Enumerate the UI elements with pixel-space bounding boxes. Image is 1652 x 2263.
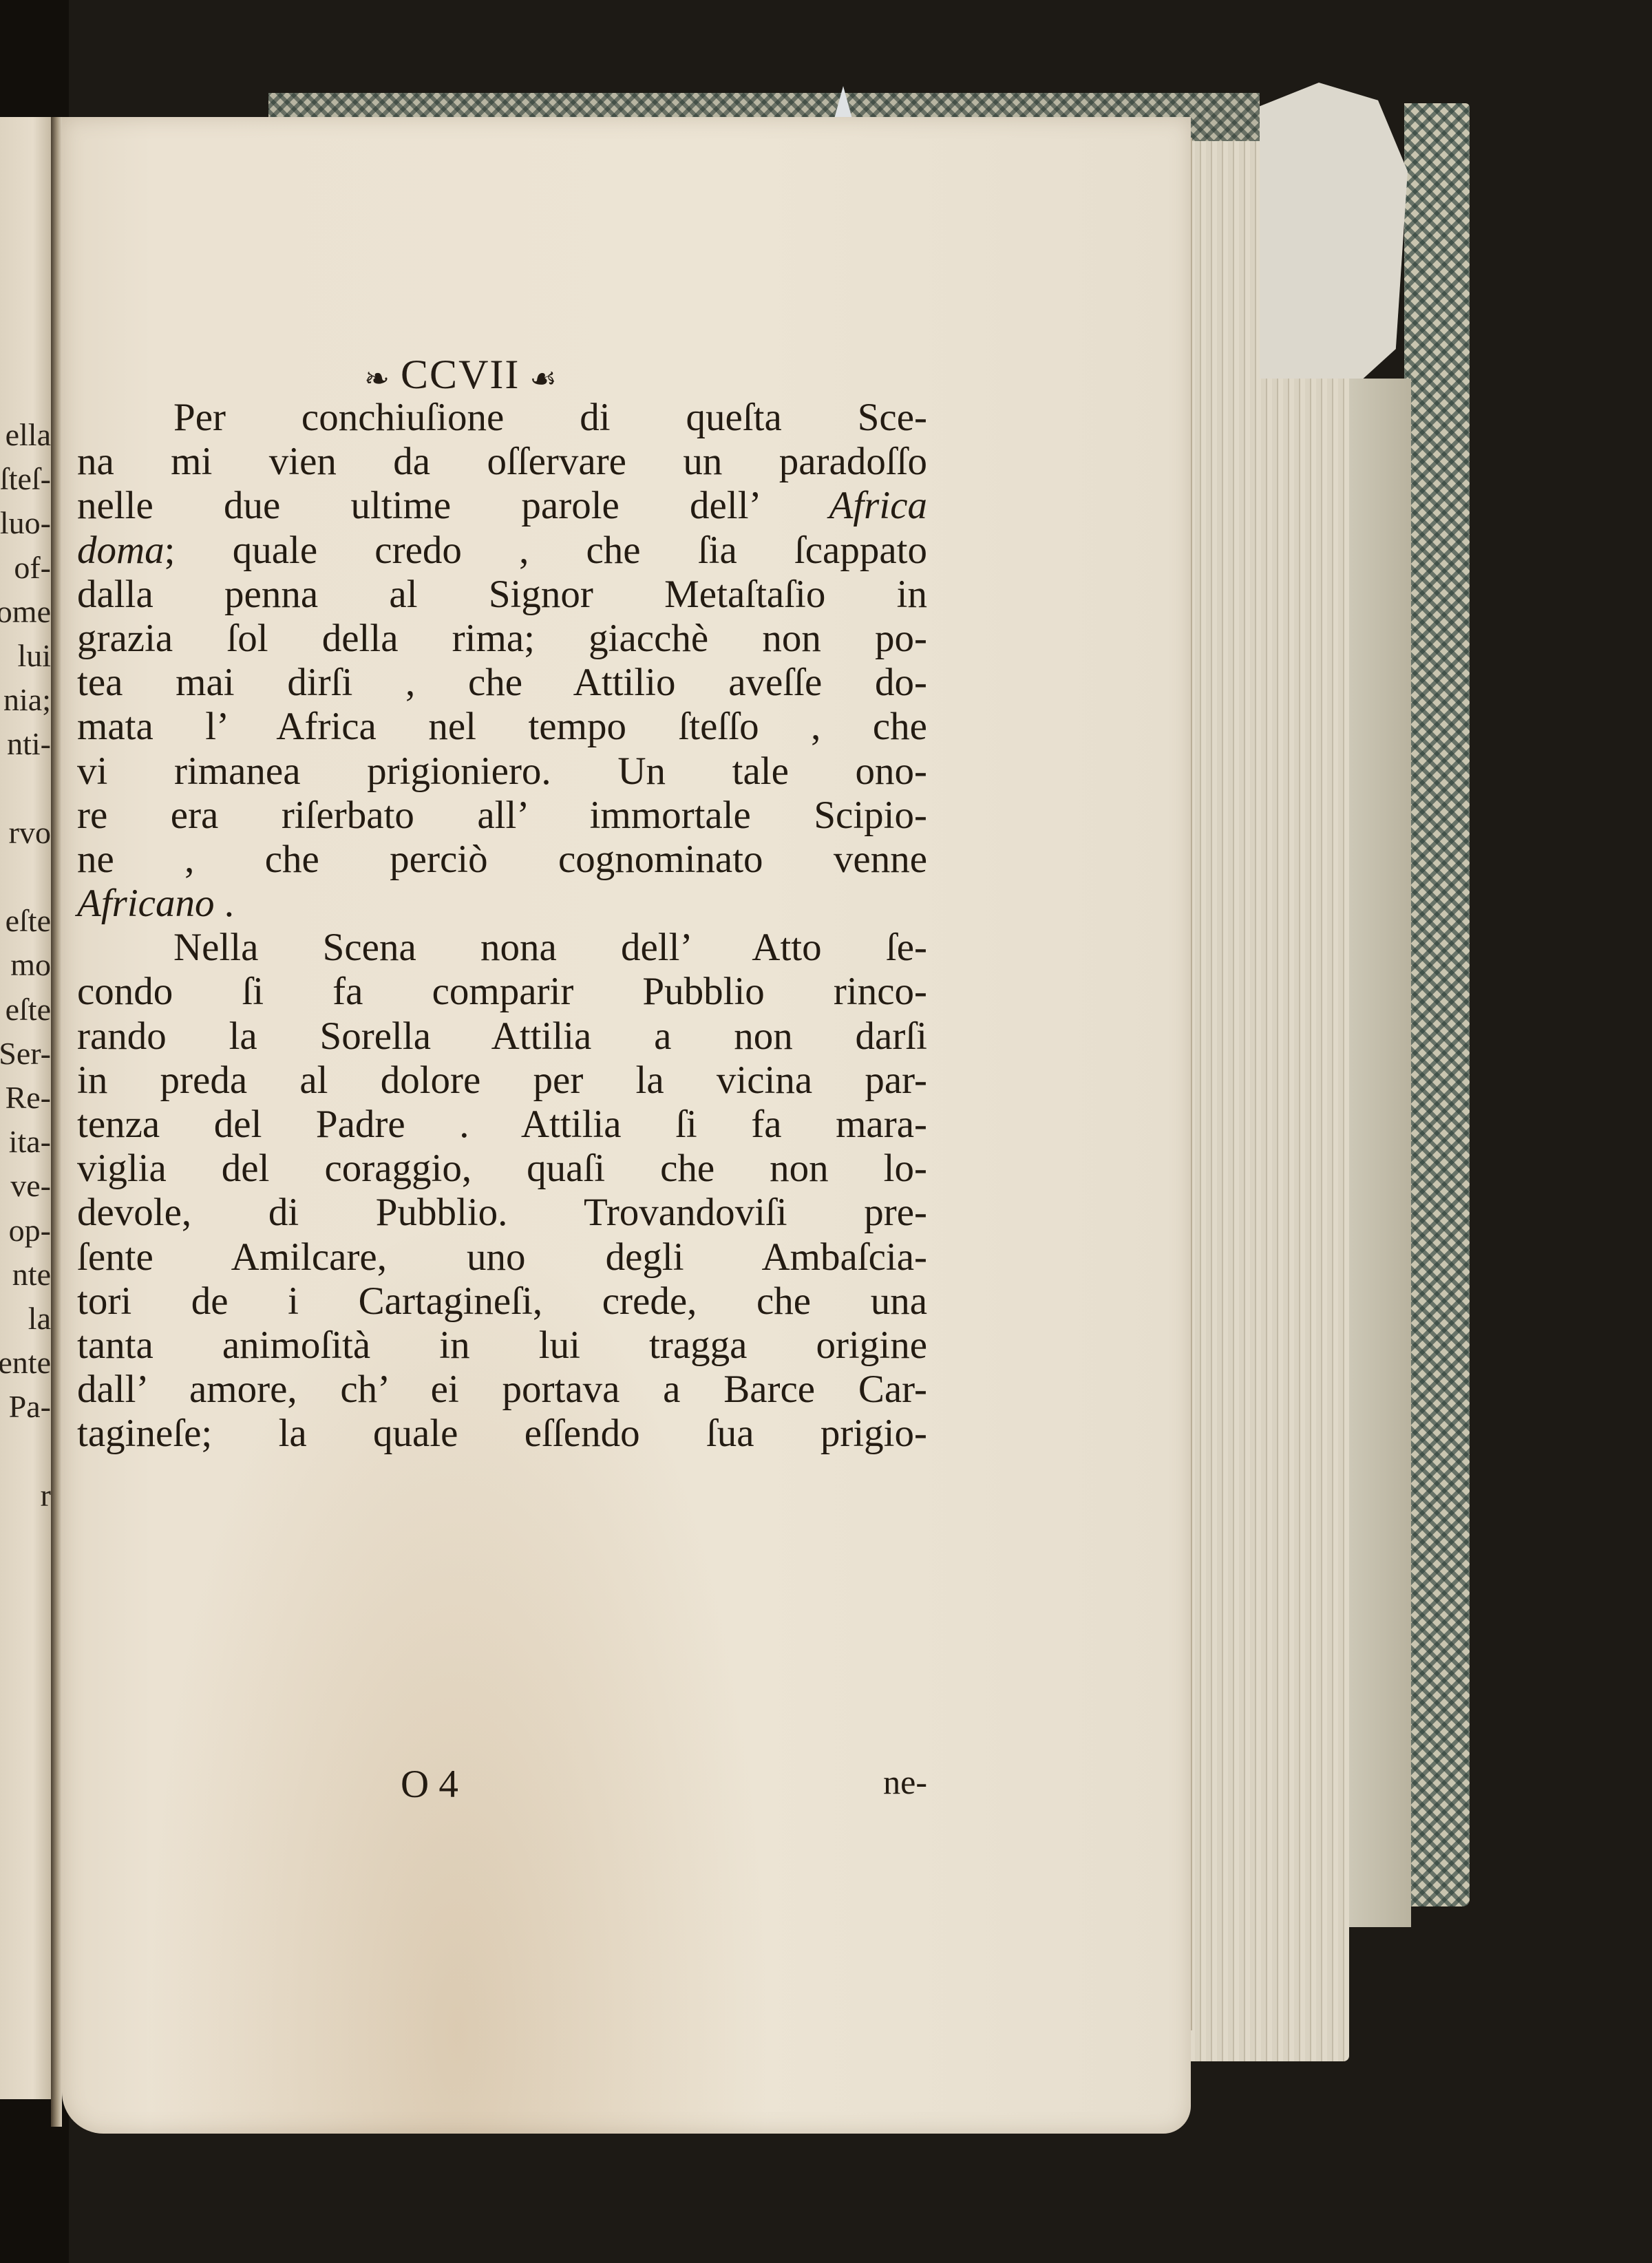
italic-text: Africa [829, 484, 927, 527]
text-line: tori de i Cartagineſi, crede, che una [77, 1279, 927, 1324]
facing-page-line-end: of- [14, 546, 51, 590]
text-line: devole, di Pubblio. Trovandoviſi pre- [77, 1191, 927, 1235]
text-run: . [214, 882, 234, 925]
text-line: tea mai dirſi , che Attilio aveſſe do- [77, 661, 927, 705]
fleuron-left-icon: ❧ [364, 362, 391, 396]
text-line: viglia del coraggio, quaſi che non lo- [77, 1147, 927, 1191]
text-line: rando la Sorella Attilia a non darſi [77, 1014, 927, 1059]
facing-page-line-end: mo [10, 943, 51, 987]
page-number-roman: CCVII [401, 352, 520, 397]
text-line: vi rimanea prigioniero. Un tale ono- [77, 750, 927, 794]
italic-text: Africano [77, 882, 214, 925]
flyleaf-edge [1342, 379, 1411, 1927]
facing-page-line-end: la [28, 1297, 51, 1341]
text-line: tanta animoſità in lui tragga origine [77, 1324, 927, 1368]
page-stack-edges [1184, 141, 1349, 2061]
italic-text: doma [77, 529, 165, 572]
text-line: tenza del Padre . Attilia ſi fa mara- [77, 1103, 927, 1147]
facing-page-line-end: ita- [9, 1120, 51, 1164]
text-line: ſente Amilcare, uno degli Ambaſcia- [77, 1235, 927, 1279]
book-page: ❧CCVII☙ Per conchiuſione di queſta Sce-n… [62, 117, 1191, 2134]
facing-page-line-end: Re- [6, 1076, 51, 1120]
running-head: ❧CCVII☙ [62, 351, 860, 399]
text-line: mata l’ Africa nel tempo ſteſſo , che [77, 705, 927, 749]
text-line: doma; quale credo , che ſia ſcappato [77, 529, 927, 573]
text-line: dall’ amore, ch’ ei portava a Barce Car- [77, 1368, 927, 1412]
text-line: tagineſe; la quale eſſendo ſua prigio- [77, 1412, 927, 1456]
facing-page-line-end: r [41, 1474, 51, 1518]
text-line: Nella Scena nona dell’ Atto ſe- [77, 926, 927, 970]
facing-page-fragment: ellaſteſ-luo-of-omeluinia;nti-rvoeſtemoe… [0, 117, 55, 2099]
text-line: grazia ſol della rima; giacchè non po- [77, 617, 927, 661]
text-line: ne , che perciò cognominato venne [77, 838, 927, 882]
text-run: nelle due ultime parole dell’ [77, 484, 829, 527]
facing-page-line-end: ente [0, 1341, 51, 1385]
facing-page-line-end: nte [12, 1253, 51, 1297]
page-footer: O 4 ne- [77, 1762, 927, 1806]
text-line: Africano . [77, 882, 927, 926]
body-text: Per conchiuſione di queſta Sce-na mi vie… [77, 396, 927, 1456]
facing-page-line-end: Pa- [9, 1385, 51, 1429]
fleuron-right-icon: ☙ [529, 362, 558, 396]
text-line: in preda al dolore per la vicina par- [77, 1059, 927, 1103]
text-line: Per conchiuſione di queſta Sce- [77, 396, 927, 440]
book-scan: ellaſteſ-luo-of-omeluinia;nti-rvoeſtemoe… [0, 0, 1652, 2263]
marbled-cover-right-edge [1404, 103, 1470, 1906]
signature-mark: O 4 [401, 1762, 458, 1807]
facing-page-line-end: lui [17, 634, 51, 678]
facing-page-line-end: eſte [6, 899, 51, 943]
text-run: ; quale credo , che ſia ſcappato [165, 529, 927, 572]
facing-page-line-end: eſte [6, 988, 51, 1032]
facing-page-line-end: ve- [10, 1164, 51, 1208]
facing-page-line-end: ella [6, 413, 51, 457]
facing-page-line-end: Ser- [0, 1032, 51, 1076]
text-line: na mi vien da oſſervare un paradoſſo [77, 440, 927, 484]
torn-flyleaf [1260, 83, 1408, 379]
book-gutter [51, 117, 62, 2127]
page-edge-line [1191, 138, 1192, 2030]
facing-page-line-end: op- [9, 1209, 51, 1253]
text-line: re era riſerbato all’ immortale Scipio- [77, 794, 927, 838]
facing-page-line-end: nti- [7, 722, 51, 766]
catchword: ne- [883, 1762, 927, 1802]
text-line: condo ſi fa comparir Pubblio rinco- [77, 970, 927, 1014]
facing-page-line-end: nia; [3, 678, 51, 722]
facing-page-line-end: luo- [0, 501, 51, 545]
facing-page-line-end: rvo [9, 811, 51, 855]
text-line: dalla penna al Signor Metaſtaſio in [77, 573, 927, 617]
text-line: nelle due ultime parole dell’ Africa [77, 484, 927, 528]
facing-page-line-end: ome [0, 590, 51, 634]
facing-page-line-end: ſteſ- [0, 457, 51, 501]
